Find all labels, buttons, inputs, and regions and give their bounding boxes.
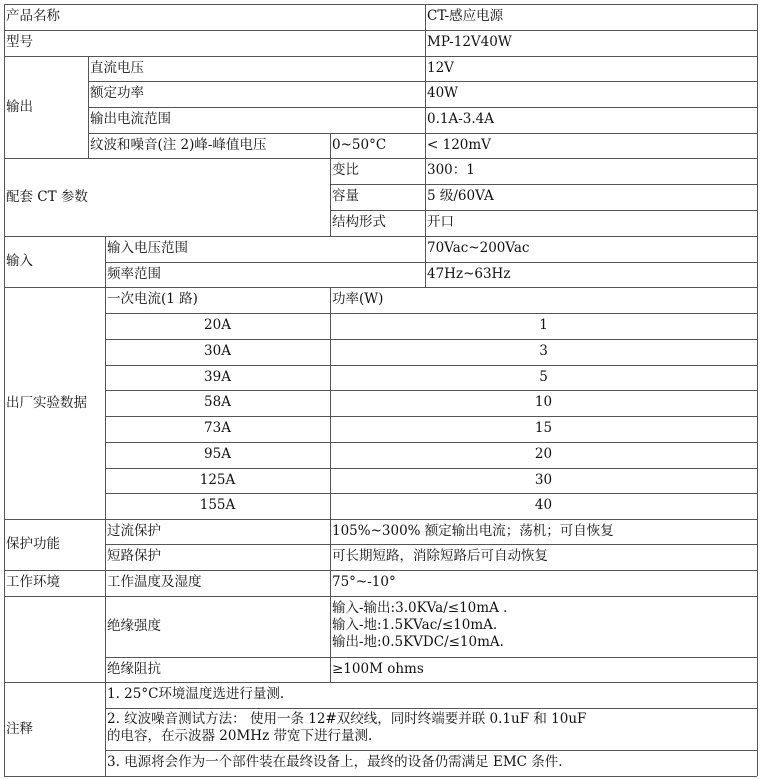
row-line xyxy=(105,708,757,709)
ct-params-section-label: 配套 CT 参数 xyxy=(4,158,330,236)
overcurrent-protection-label: 过流保护 xyxy=(105,519,330,544)
insulation-line: 输入-输出:3.0KVa/≤10mA . xyxy=(332,600,757,617)
notes-label-text: 注释 xyxy=(6,717,33,742)
ct-capacity-label: 容量 xyxy=(330,184,425,210)
factory-row-current: 20A xyxy=(105,313,330,339)
output-current-range-label: 输出电流范围 xyxy=(88,107,425,133)
model-value: MP-12V40W xyxy=(425,30,757,56)
insulation-resistance-label: 绝缘阻抗 xyxy=(105,657,330,682)
factory-row-current: 95A xyxy=(105,442,330,468)
factory-row-power: 3 xyxy=(330,339,757,365)
factory-row-power: 1 xyxy=(330,313,757,339)
short-circuit-protection-label: 短路保护 xyxy=(105,544,330,570)
product-name-label: 产品名称 xyxy=(4,4,425,30)
insulation-resistance-value: ≥100M ohms xyxy=(330,657,757,682)
factory-header-power: 功率(W) xyxy=(330,287,757,313)
ct-ratio-value: 300：1 xyxy=(425,158,757,184)
factory-data-section-label: 出厂实验数据 xyxy=(4,287,105,519)
output-label-text: 输出 xyxy=(6,95,33,120)
protection-label-text: 保护功能 xyxy=(6,532,60,557)
insulation-strength-value: 输入-输出:3.0KVa/≤10mA . 输入-地:1.5KVac/≤10mA.… xyxy=(330,600,757,655)
ct-params-label-text: 配套 CT 参数 xyxy=(6,185,88,210)
note-item: 3. 电源将会作为一个部件装在最终设备上，最终的设备仍需满足 EMC 条件. xyxy=(105,750,757,776)
input-frequency-range-label: 频率范围 xyxy=(105,262,425,287)
ct-structure-label: 结构形式 xyxy=(330,210,425,236)
environment-section-label: 工作环境 xyxy=(4,570,105,596)
temp-humidity-label: 工作温度及湿度 xyxy=(105,570,330,596)
note-line: 的电容，在示波器 20MHz 带宽下进行量测. xyxy=(107,728,757,745)
ct-capacity-value: 5 级/60VA xyxy=(425,184,757,210)
factory-row-current: 30A xyxy=(105,339,330,365)
output-ripple-label: 纹波和噪音(注 2)峰-峰值电压 xyxy=(88,133,330,158)
overcurrent-protection-value: 105%~300% 额定输出电流；荡机；可自恢复 xyxy=(330,519,757,544)
product-name-value: CT-感应电源 xyxy=(425,4,757,30)
output-dc-voltage-label: 直流电压 xyxy=(88,56,425,81)
factory-row-power: 30 xyxy=(330,468,757,493)
insulation-strength-label-text: 绝缘强度 xyxy=(107,614,161,639)
factory-row-current: 39A xyxy=(105,365,330,390)
ct-structure-value: 开口 xyxy=(425,210,757,236)
col-line xyxy=(757,4,758,776)
temp-humidity-value: 75°~-10° xyxy=(330,570,757,596)
output-current-range-value: 0.1A-3.4A xyxy=(425,107,757,133)
factory-row-current: 58A xyxy=(105,390,330,416)
output-rated-power-value: 40W xyxy=(425,81,757,107)
factory-row-power: 10 xyxy=(330,390,757,416)
output-rated-power-label: 额定功率 xyxy=(88,81,425,107)
factory-row-power: 15 xyxy=(330,416,757,442)
note-line: 2. 纹波噪音测试方法： 使用一条 12#双绞线，同时终端要并联 0.1uF 和… xyxy=(107,711,757,728)
note-item: 2. 纹波噪音测试方法： 使用一条 12#双绞线，同时终端要并联 0.1uF 和… xyxy=(105,711,757,749)
input-voltage-range-value: 70Vac~200Vac xyxy=(425,236,757,262)
factory-row-current: 155A xyxy=(105,493,330,519)
protection-section-label: 保护功能 xyxy=(4,519,105,570)
short-circuit-protection-value: 可长期短路，消除短路后可自动恢复 xyxy=(330,544,757,570)
ct-ratio-label: 变比 xyxy=(330,158,425,184)
input-voltage-range-label: 输入电压范围 xyxy=(105,236,425,262)
output-ripple-value: < 120mV xyxy=(425,133,757,158)
insulation-line: 输出-地:0.5KVDC/≤10mA. xyxy=(332,634,757,651)
notes-section-label: 注释 xyxy=(4,682,105,776)
output-dc-voltage-value: 12V xyxy=(425,56,757,81)
factory-row-current: 73A xyxy=(105,416,330,442)
factory-header-current: 一次电流(1 路) xyxy=(105,287,330,313)
output-section-label: 输出 xyxy=(4,56,88,158)
factory-row-power: 5 xyxy=(330,365,757,390)
input-label-text: 输入 xyxy=(6,249,33,274)
input-frequency-range-value: 47Hz~63Hz xyxy=(425,262,757,287)
factory-row-power: 20 xyxy=(330,442,757,468)
model-label: 型号 xyxy=(4,30,425,56)
insulation-strength-label: 绝缘强度 xyxy=(105,596,330,657)
factory-data-label-text: 出厂实验数据 xyxy=(6,391,87,416)
note-item: 1. 25°C环境温度选进行量测. xyxy=(105,682,757,708)
output-ripple-condition: 0~50°C xyxy=(330,133,425,158)
insulation-line: 输入-地:1.5KVac/≤10mA. xyxy=(332,617,757,634)
input-section-label: 输入 xyxy=(4,236,105,287)
factory-row-power: 40 xyxy=(330,493,757,519)
row-line xyxy=(4,776,757,777)
factory-row-current: 125A xyxy=(105,468,330,493)
